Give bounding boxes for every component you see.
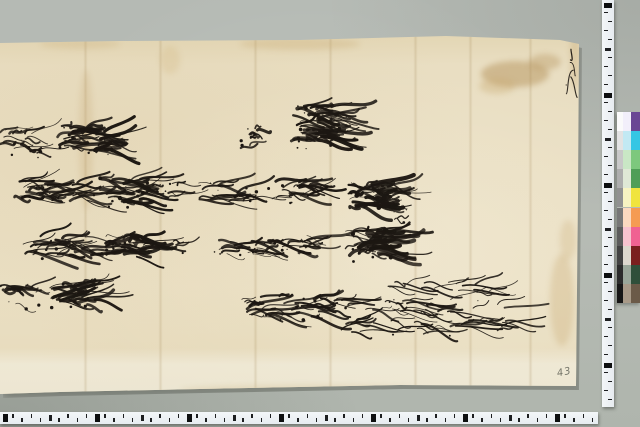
ruler-tick xyxy=(316,418,317,422)
color-patch-saturated xyxy=(631,112,640,131)
bottom-cm-ruler xyxy=(0,412,598,424)
color-calibration-chart xyxy=(617,112,640,303)
ruler-tick xyxy=(215,414,216,418)
ruler-tick xyxy=(592,418,593,422)
ruler-tick xyxy=(605,228,611,231)
ruler-tick xyxy=(608,327,612,328)
ruler-tick xyxy=(150,418,151,422)
ruler-tick xyxy=(608,21,612,22)
ruler-tick xyxy=(408,418,409,422)
ruler-tick xyxy=(426,418,427,422)
ruler-tick xyxy=(608,399,612,400)
color-patch-saturated xyxy=(631,208,640,227)
ruler-tick xyxy=(604,282,608,283)
paper-stain xyxy=(550,254,574,346)
ruler-tick xyxy=(608,147,612,148)
paper-stain xyxy=(40,39,120,49)
ruler-tick xyxy=(67,414,68,418)
ruler-tick xyxy=(509,415,512,421)
ruler-tick xyxy=(500,418,501,422)
ruler-tick xyxy=(583,414,584,418)
ruler-tick xyxy=(608,111,612,112)
ruler-tick xyxy=(604,66,608,67)
ruler-tick xyxy=(77,418,78,422)
color-patch-light xyxy=(623,131,631,150)
ruler-tick xyxy=(224,418,225,422)
paper-stain xyxy=(529,54,561,70)
paper-stain xyxy=(479,78,515,94)
ruler-tick xyxy=(608,129,612,130)
color-patch-saturated xyxy=(631,265,640,284)
paper-fold-crease xyxy=(159,36,162,394)
ruler-tick xyxy=(325,415,328,421)
ruler-tick xyxy=(491,414,492,418)
ruler-tick xyxy=(12,414,13,418)
ruler-tick xyxy=(608,39,612,40)
ruler-tick xyxy=(604,246,608,247)
color-patch-light xyxy=(623,284,631,303)
ruler-tick xyxy=(242,418,243,422)
ruler-tick xyxy=(605,48,611,51)
paper-stain xyxy=(160,46,180,74)
color-patch-light xyxy=(623,208,631,227)
ruler-tick xyxy=(604,192,608,193)
ruler-tick xyxy=(3,414,8,422)
paper-fold-crease xyxy=(254,36,257,394)
right-cm-ruler xyxy=(602,0,614,407)
ruler-tick xyxy=(334,418,335,422)
paper-fold-crease xyxy=(469,36,472,394)
ruler-tick xyxy=(481,418,482,422)
ruler-tick xyxy=(608,345,612,346)
paper-stain xyxy=(570,30,580,90)
paper-stain xyxy=(240,38,360,50)
color-patch-saturated xyxy=(631,246,640,265)
ruler-tick xyxy=(604,156,608,157)
ruler-tick xyxy=(604,300,608,301)
ruler-tick xyxy=(297,418,298,422)
ruler-tick xyxy=(604,264,608,265)
color-patch-light xyxy=(623,188,631,207)
ruler-tick xyxy=(123,414,124,418)
ruler-tick xyxy=(605,138,611,141)
ruler-tick xyxy=(95,414,100,422)
ruler-tick xyxy=(604,354,608,355)
ruler-tick xyxy=(604,363,612,368)
ruler-tick xyxy=(187,414,192,422)
ruler-tick xyxy=(132,418,133,422)
ruler-tick xyxy=(21,418,22,422)
ruler-tick xyxy=(454,414,455,418)
ruler-tick xyxy=(435,414,436,418)
ruler-tick xyxy=(608,291,612,292)
ruler-tick xyxy=(371,414,376,422)
ruler-tick xyxy=(141,415,144,421)
color-patch-saturated xyxy=(631,227,640,246)
ruler-tick xyxy=(573,418,574,422)
ruler-tick xyxy=(608,57,612,58)
ruler-tick xyxy=(307,414,308,418)
ruler-tick xyxy=(270,414,271,418)
ruler-tick xyxy=(113,418,114,422)
ruler-tick xyxy=(86,414,87,418)
ruler-tick xyxy=(604,183,612,188)
ruler-tick xyxy=(608,381,612,382)
ruler-tick xyxy=(472,414,473,418)
ruler-tick xyxy=(40,418,41,422)
ruler-tick xyxy=(58,418,59,422)
color-patch-saturated xyxy=(631,131,640,150)
ruler-tick xyxy=(604,372,608,373)
ruler-tick xyxy=(445,418,446,422)
ruler-tick xyxy=(608,201,612,202)
ruler-tick xyxy=(604,210,608,211)
ruler-tick xyxy=(104,414,105,418)
ruler-tick xyxy=(518,418,519,422)
ruler-tick xyxy=(604,93,612,98)
ruler-tick xyxy=(604,273,612,278)
paper-stain xyxy=(560,220,576,260)
ruler-tick xyxy=(537,418,538,422)
ruler-tick xyxy=(546,414,547,418)
ruler-tick xyxy=(251,414,252,418)
ruler-tick xyxy=(362,414,363,418)
ruler-tick xyxy=(353,418,354,422)
ruler-tick xyxy=(604,102,608,103)
ruler-tick xyxy=(604,12,608,13)
ruler-tick xyxy=(196,414,197,418)
ruler-tick xyxy=(608,255,612,256)
ruler-tick xyxy=(604,174,608,175)
ruler-tick xyxy=(288,414,289,418)
ruler-tick xyxy=(159,414,160,418)
color-patch-saturated xyxy=(631,150,640,169)
color-patch-saturated xyxy=(631,284,640,303)
ruler-tick xyxy=(233,415,236,421)
ruler-tick xyxy=(399,414,400,418)
color-patch-light xyxy=(623,150,631,169)
ruler-tick xyxy=(608,237,612,238)
paper-fold-crease xyxy=(329,36,332,394)
color-patch-light xyxy=(623,112,631,131)
ruler-tick xyxy=(279,414,284,422)
ruler-tick xyxy=(178,414,179,418)
archival-photo-scene: 43 xyxy=(0,0,640,427)
ruler-tick xyxy=(604,30,608,31)
ruler-tick xyxy=(564,414,565,418)
ruler-tick xyxy=(604,3,612,8)
manuscript-paper xyxy=(0,36,580,394)
color-patch-saturated xyxy=(631,188,640,207)
paper-fold-crease xyxy=(414,36,417,394)
ruler-tick xyxy=(604,390,608,391)
ruler-tick xyxy=(205,418,206,422)
ruler-tick xyxy=(608,219,612,220)
color-patch-light xyxy=(623,169,631,188)
ruler-tick xyxy=(555,414,560,422)
color-patch-light xyxy=(623,246,631,265)
ruler-tick xyxy=(380,414,381,418)
ruler-tick xyxy=(261,418,262,422)
color-patch-light xyxy=(623,265,631,284)
ruler-tick xyxy=(417,415,420,421)
ruler-tick xyxy=(463,414,468,422)
ruler-tick xyxy=(608,309,612,310)
ruler-tick xyxy=(527,414,528,418)
ruler-tick xyxy=(605,318,611,321)
ruler-tick xyxy=(604,84,608,85)
color-patch-saturated xyxy=(631,169,640,188)
ruler-tick xyxy=(49,415,52,421)
paper-stain xyxy=(79,70,93,210)
ruler-tick xyxy=(604,120,608,121)
ruler-tick xyxy=(343,414,344,418)
ruler-tick xyxy=(169,418,170,422)
ruler-tick xyxy=(608,75,612,76)
ruler-tick xyxy=(389,418,390,422)
paper-fold-crease xyxy=(529,36,532,394)
ruler-tick xyxy=(608,165,612,166)
ruler-tick xyxy=(604,336,608,337)
ruler-tick xyxy=(31,414,32,418)
color-patch-light xyxy=(623,227,631,246)
